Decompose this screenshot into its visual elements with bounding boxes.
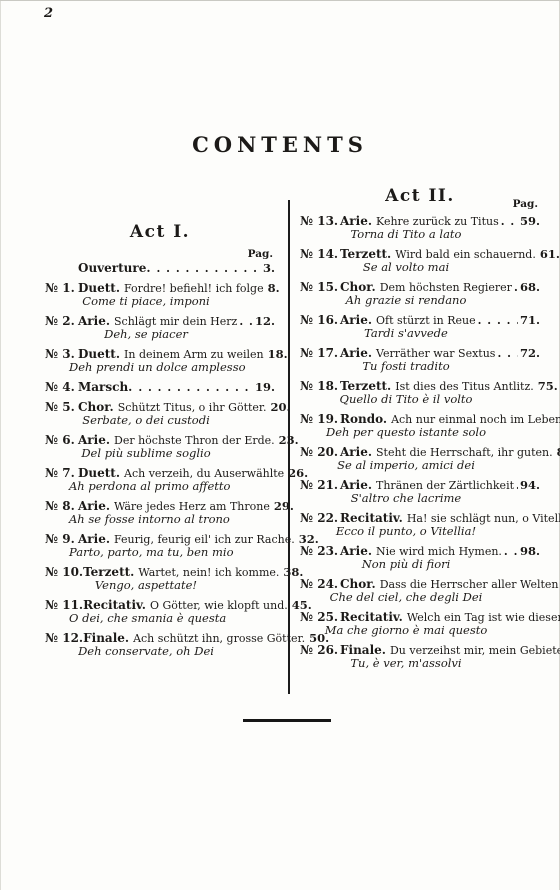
entry-type: Rondo. [340, 413, 387, 426]
toc-entry: № 21. Arie. Thränen der Zärtlichkeit 94.… [300, 479, 540, 505]
toc-entry: № 15. Chor. Dem höchsten Regierer 68. Ah… [300, 281, 540, 307]
entry-subtitle: Se al volto mai [300, 261, 540, 274]
entry-main-line: № 18. Terzett. Ist dies des Titus Antlit… [300, 380, 540, 393]
dot-leader [514, 281, 518, 294]
dot-leader [239, 315, 253, 328]
entry-title: Verräther war Sextus [376, 347, 495, 360]
entry-subtitle: S'altro che lacrime [300, 492, 540, 505]
entry-subtitle: Ah se fosse intorno al trono [45, 513, 275, 526]
entry-number: № 10. [45, 566, 83, 579]
entry-number: № 5. [45, 401, 78, 414]
toc-entry: № 12. Finale. Ach schützt ihn, grosse Gö… [45, 632, 275, 658]
entry-type: Ouverture. [78, 262, 151, 275]
entry-number: № 12. [45, 632, 83, 645]
entry-title: Dass die Herrscher aller Welten [380, 578, 559, 591]
entry-page-number: 87. [557, 446, 560, 459]
entry-type: Chor. [340, 281, 376, 294]
entry-type: Arie. [78, 315, 110, 328]
entry-title: Wird bald ein schauernd. [395, 248, 536, 261]
dot-leader [157, 262, 261, 275]
entry-number: № 18. [300, 380, 340, 393]
toc-entry: № 5. Chor. Schützt Titus, o ihr Götter. … [45, 401, 275, 427]
entry-type: Marsch. [78, 381, 132, 394]
entry-number: № 8. [45, 500, 78, 513]
entry-main-line: № 24. Chor. Dass die Herrscher aller Wel… [300, 578, 540, 591]
entry-subtitle: Serbate, o dei custodi [45, 414, 275, 427]
dot-leader [504, 545, 518, 558]
entry-title: Du verzeihst mir, mein Gebieter. [390, 644, 560, 657]
toc-entry: № 4. Marsch. 19. [45, 381, 275, 394]
entry-subtitle: Quello di Tito è il volto [300, 393, 540, 406]
entry-number: № 25. [300, 611, 340, 624]
entry-page-number: 94. [520, 479, 540, 492]
act2-pag-label: Pag. [513, 198, 538, 210]
column-divider-rule [288, 200, 290, 694]
entry-type: Arie. [78, 500, 110, 513]
entry-subtitle: Tu, è ver, m'assolvi [300, 657, 540, 670]
entry-title: Fordre! befiehl! ich folge [124, 282, 264, 295]
toc-entry: № 13. Arie. Kehre zurück zu Titus 59. To… [300, 215, 540, 241]
entry-main-line: № 21. Arie. Thränen der Zärtlichkeit 94. [300, 479, 540, 492]
toc-entry: № 11. Recitativ. O Götter, wie klopft un… [45, 599, 275, 625]
entry-subtitle: Ah perdona al primo affetto [45, 480, 275, 493]
entry-number: № 7. [45, 467, 78, 480]
entry-subtitle: Deh per questo istante solo [300, 426, 540, 439]
entry-number: № 19. [300, 413, 340, 426]
toc-entry: Ouverture. 3. [45, 262, 275, 275]
toc-entry: № 2. Arie. Schlägt mir dein Herz 12. Deh… [45, 315, 275, 341]
dot-leader [497, 347, 518, 360]
entry-number: № 1. [45, 282, 78, 295]
entry-type: Recitativ. [83, 599, 146, 612]
toc-entry: № 1. Duett. Fordre! befiehl! ich folge 8… [45, 282, 275, 308]
entry-subtitle: Che del ciel, che degli Dei [300, 591, 540, 604]
entry-type: Arie. [340, 479, 372, 492]
toc-entry: № 18. Terzett. Ist dies des Titus Antlit… [300, 380, 540, 406]
entry-main-line: № 23. Arie. Nie wird mich Hymen. 98. [300, 545, 540, 558]
entry-title: Ist dies des Titus Antlitz. [395, 380, 534, 393]
entry-number: № 14. [300, 248, 340, 261]
entry-subtitle: Deh, se piacer [45, 328, 275, 341]
entry-type: Finale. [83, 632, 129, 645]
entry-type: Arie. [78, 533, 110, 546]
entry-main-line: № 19. Rondo. Ach nur einmal noch im Lebe… [300, 413, 540, 426]
dot-leader [478, 314, 518, 327]
toc-entry: № 3. Duett. In deinem Arm zu weilen 18. … [45, 348, 275, 374]
entry-number: № 11. [45, 599, 83, 612]
dot-leader [516, 479, 518, 492]
act2-header: Act II. [300, 186, 540, 206]
entry-number: № 16. [300, 314, 340, 327]
entry-main-line: № 3. Duett. In deinem Arm zu weilen 18. [45, 348, 275, 361]
entry-number: № 23. [300, 545, 340, 558]
entry-type: Duett. [78, 467, 120, 480]
entry-type: Finale. [340, 644, 386, 657]
entry-subtitle: Ah grazie si rendano [300, 294, 540, 307]
entry-subtitle: O dei, che smania è questa [45, 612, 275, 625]
entry-number: № 13. [300, 215, 340, 228]
act2-column: Act II. Pag. № 13. Arie. Kehre zurück zu… [300, 186, 540, 677]
entry-main-line: № 4. Marsch. 19. [45, 381, 275, 394]
entry-title: Wäre jedes Herz am Throne [114, 500, 270, 513]
entry-number: № 26. [300, 644, 340, 657]
entry-main-line: № 1. Duett. Fordre! befiehl! ich folge 8… [45, 282, 275, 295]
entry-subtitle: Deh conservate, oh Dei [45, 645, 275, 658]
dot-leader [501, 215, 518, 228]
page-title: CONTENTS [0, 132, 560, 157]
entry-main-line: № 13. Arie. Kehre zurück zu Titus 59. [300, 215, 540, 228]
dot-leader [138, 381, 253, 394]
entry-main-line: № 2. Arie. Schlägt mir dein Herz 12. [45, 315, 275, 328]
entry-subtitle: Del più sublime soglio [45, 447, 275, 460]
entry-type: Terzett. [340, 380, 391, 393]
toc-entry: № 22. Recitativ. Ha! sie schlägt nun, o … [300, 512, 540, 538]
entry-main-line: № 10. Terzett. Wartet, nein! ich komme. … [45, 566, 275, 579]
entry-page-number: 8. [268, 282, 280, 295]
score-contents-page: 2 CONTENTS Act I. Pag. Ouverture. 3. № 1… [0, 0, 560, 890]
entry-page-number: 61. [540, 248, 560, 261]
entry-subtitle: Se al imperio, amici dei [300, 459, 540, 472]
entry-title: Ha! sie schlägt nun, o Vitellia. [407, 512, 560, 525]
entry-main-line: № 20. Arie. Steht die Herrschaft, ihr gu… [300, 446, 540, 459]
entry-subtitle: Tu fosti tradito [300, 360, 540, 373]
entry-title: Schlägt mir dein Herz [114, 315, 237, 328]
entry-subtitle: Parto, parto, ma tu, ben mio [45, 546, 275, 559]
entry-main-line: № 9. Arie. Feurig, feurig eil' ich zur R… [45, 533, 275, 546]
entry-type: Arie. [340, 545, 372, 558]
toc-entry: № 26. Finale. Du verzeihst mir, mein Geb… [300, 644, 540, 670]
entry-main-line: № 14. Terzett. Wird bald ein schauernd. … [300, 248, 540, 261]
entry-number: № 24. [300, 578, 340, 591]
entry-title: Feurig, feurig eil' ich zur Rache. [114, 533, 295, 546]
entry-subtitle: Vengo, aspettate! [45, 579, 275, 592]
entry-type: Duett. [78, 348, 120, 361]
entry-subtitle: Ecco il punto, o Vitellia! [300, 525, 540, 538]
entry-title: Kehre zurück zu Titus [376, 215, 499, 228]
entry-title: Wartet, nein! ich komme. [138, 566, 279, 579]
toc-entry: № 7. Duett. Ach verzeih, du Auserwählte … [45, 467, 275, 493]
entry-page-number: 68. [520, 281, 540, 294]
toc-entry: № 23. Arie. Nie wird mich Hymen. 98. Non… [300, 545, 540, 571]
entry-type: Arie. [340, 314, 372, 327]
entry-type: Recitativ. [340, 611, 403, 624]
end-of-contents-rule [243, 719, 331, 722]
entry-main-line: № 26. Finale. Du verzeihst mir, mein Geb… [300, 644, 540, 657]
toc-entry: № 8. Arie. Wäre jedes Herz am Throne 29.… [45, 500, 275, 526]
entry-main-line: № 6. Arie. Der höchste Thron der Erde. 2… [45, 434, 275, 447]
entry-main-line: № 16. Arie. Oft stürzt in Reue 71. [300, 314, 540, 327]
entry-main-line: № 22. Recitativ. Ha! sie schlägt nun, o … [300, 512, 540, 525]
entry-title: Oft stürzt in Reue [376, 314, 476, 327]
entry-title: Dem höchsten Regierer [380, 281, 512, 294]
toc-entry: № 14. Terzett. Wird bald ein schauernd. … [300, 248, 540, 274]
toc-entry: № 6. Arie. Der höchste Thron der Erde. 2… [45, 434, 275, 460]
entry-page-number: 18. [268, 348, 288, 361]
entry-type: Arie. [340, 347, 372, 360]
entry-title: Nie wird mich Hymen. [376, 545, 502, 558]
entry-main-line: № 12. Finale. Ach schützt ihn, grosse Gö… [45, 632, 275, 645]
entry-subtitle: Non più di fiori [300, 558, 540, 571]
entry-number: № 20. [300, 446, 340, 459]
toc-entry: № 10. Terzett. Wartet, nein! ich komme. … [45, 566, 275, 592]
entry-main-line: № 11. Recitativ. O Götter, wie klopft un… [45, 599, 275, 612]
act1-column: Act I. Pag. Ouverture. 3. № 1. Duett. Fo… [45, 222, 275, 665]
entry-title: Ach nur einmal noch im Leben. [391, 413, 560, 426]
entry-title: Welch ein Tag ist wie dieser. [407, 611, 560, 624]
entry-type: Recitativ. [340, 512, 403, 525]
toc-entry: № 20. Arie. Steht die Herrschaft, ihr gu… [300, 446, 540, 472]
entry-subtitle: Come ti piace, imponi [45, 295, 275, 308]
entry-main-line: № 15. Chor. Dem höchsten Regierer 68. [300, 281, 540, 294]
corner-page-number: 2 [44, 6, 53, 21]
entry-type: Terzett. [83, 566, 134, 579]
entry-type: Arie. [78, 434, 110, 447]
entry-title: Steht die Herrschaft, ihr guten. [376, 446, 553, 459]
act1-entry-list: Ouverture. 3. № 1. Duett. Fordre! befieh… [45, 262, 275, 658]
entry-page-number: 98. [520, 545, 540, 558]
entry-main-line: № 25. Recitativ. Welch ein Tag ist wie d… [300, 611, 540, 624]
entry-page-number: 71. [520, 314, 540, 327]
entry-title: Thränen der Zärtlichkeit [376, 479, 514, 492]
entry-main-line: Ouverture. 3. [45, 262, 275, 275]
entry-page-number: 29. [274, 500, 294, 513]
entry-title: Ach verzeih, du Auserwählte [124, 467, 284, 480]
entry-number: № 4. [45, 381, 78, 394]
act2-entry-list: № 13. Arie. Kehre zurück zu Titus 59. To… [300, 215, 540, 670]
act1-header: Act I. [45, 222, 275, 242]
entry-title: Schützt Titus, o ihr Götter. [118, 401, 267, 414]
entry-title: Ach schützt ihn, grosse Götter. [133, 632, 305, 645]
entry-title: Der höchste Thron der Erde. [114, 434, 275, 447]
toc-entry: № 24. Chor. Dass die Herrscher aller Wel… [300, 578, 540, 604]
entry-number: № 17. [300, 347, 340, 360]
entry-type: Chor. [340, 578, 376, 591]
entry-page-number: 72. [520, 347, 540, 360]
entry-subtitle: Ma che giorno è mai questo [300, 624, 540, 637]
entry-type: Chor. [78, 401, 114, 414]
entry-number: № 3. [45, 348, 78, 361]
entry-type: Arie. [340, 446, 372, 459]
entry-page-number: 59. [520, 215, 540, 228]
entry-number: № 9. [45, 533, 78, 546]
entry-page-number: 19. [255, 381, 275, 394]
toc-entry: № 19. Rondo. Ach nur einmal noch im Lebe… [300, 413, 540, 439]
entry-page-number: 12. [255, 315, 275, 328]
toc-entry: № 9. Arie. Feurig, feurig eil' ich zur R… [45, 533, 275, 559]
entry-subtitle: Tardi s'avvede [300, 327, 540, 340]
toc-entry: № 16. Arie. Oft stürzt in Reue 71. Tardi… [300, 314, 540, 340]
toc-entry: № 17. Arie. Verräther war Sextus 72. Tu … [300, 347, 540, 373]
toc-entry: № 25. Recitativ. Welch ein Tag ist wie d… [300, 611, 540, 637]
entry-type: Duett. [78, 282, 120, 295]
entry-main-line: № 5. Chor. Schützt Titus, o ihr Götter. … [45, 401, 275, 414]
entry-main-line: № 17. Arie. Verräther war Sextus 72. [300, 347, 540, 360]
act1-pag-label: Pag. [248, 248, 273, 260]
entry-title: In deinem Arm zu weilen [124, 348, 264, 361]
entry-number: № 21. [300, 479, 340, 492]
entry-number: № 22. [300, 512, 340, 525]
entry-number: № 2. [45, 315, 78, 328]
entry-type: Arie. [340, 215, 372, 228]
entry-page-number: 75. [538, 380, 558, 393]
entry-number: № 6. [45, 434, 78, 447]
entry-page-number: 3. [263, 262, 275, 275]
entry-main-line: № 7. Duett. Ach verzeih, du Auserwählte … [45, 467, 275, 480]
entry-number: № 15. [300, 281, 340, 294]
entry-title: O Götter, wie klopft und. [150, 599, 288, 612]
entry-type: Terzett. [340, 248, 391, 261]
entry-subtitle: Torna di Tito a lato [300, 228, 540, 241]
entry-subtitle: Deh prendi un dolce amplesso [45, 361, 275, 374]
entry-main-line: № 8. Arie. Wäre jedes Herz am Throne 29. [45, 500, 275, 513]
